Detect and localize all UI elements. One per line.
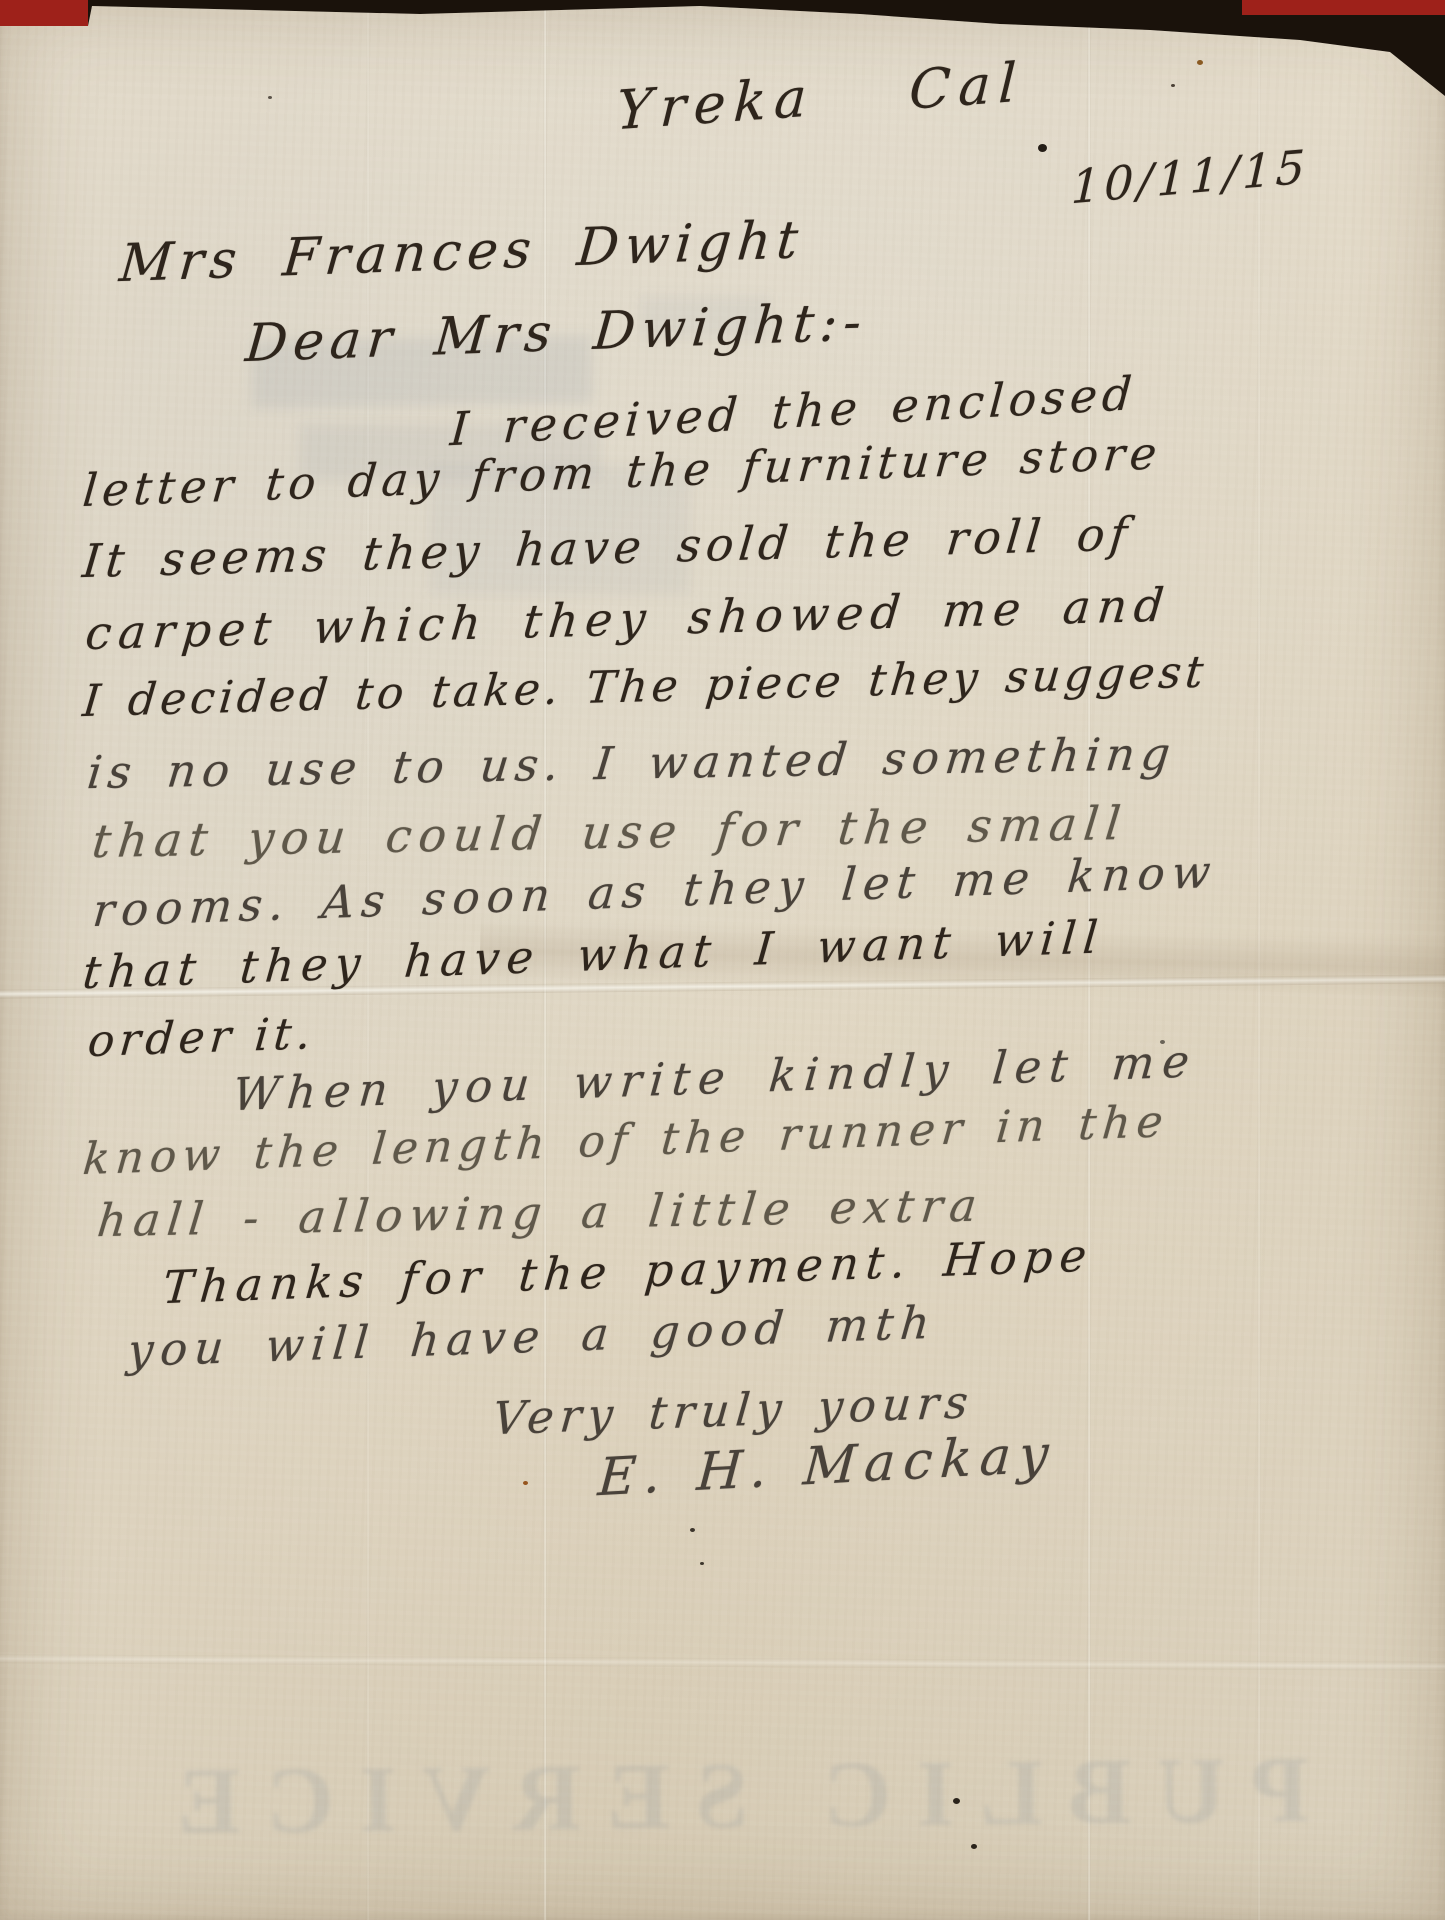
ink-speck — [971, 1844, 977, 1849]
ink-speck — [700, 1562, 704, 1565]
ink-speck — [953, 1798, 960, 1804]
show-through-mirrored-text: PUBLIC SERVICE — [119, 1736, 1340, 1857]
red-backing-strip-right — [1242, 0, 1445, 15]
letter-sheet: PUBLIC SERVICE Yreka Cal10/11/15Mrs Fran… — [0, 0, 1445, 1920]
ink-speck — [1038, 144, 1047, 152]
ink-speck — [1171, 84, 1175, 87]
ink-speck — [1197, 60, 1203, 65]
scanned-letter-photo: { "document": { "kind": "handwritten let… — [0, 0, 1445, 1920]
ink-speck — [268, 96, 272, 99]
red-backing-strip-left — [0, 0, 88, 27]
letter-line: order it. — [86, 1012, 317, 1064]
ink-speck — [523, 1481, 528, 1485]
ink-speck — [1160, 1040, 1165, 1044]
ink-speck — [690, 1528, 695, 1532]
